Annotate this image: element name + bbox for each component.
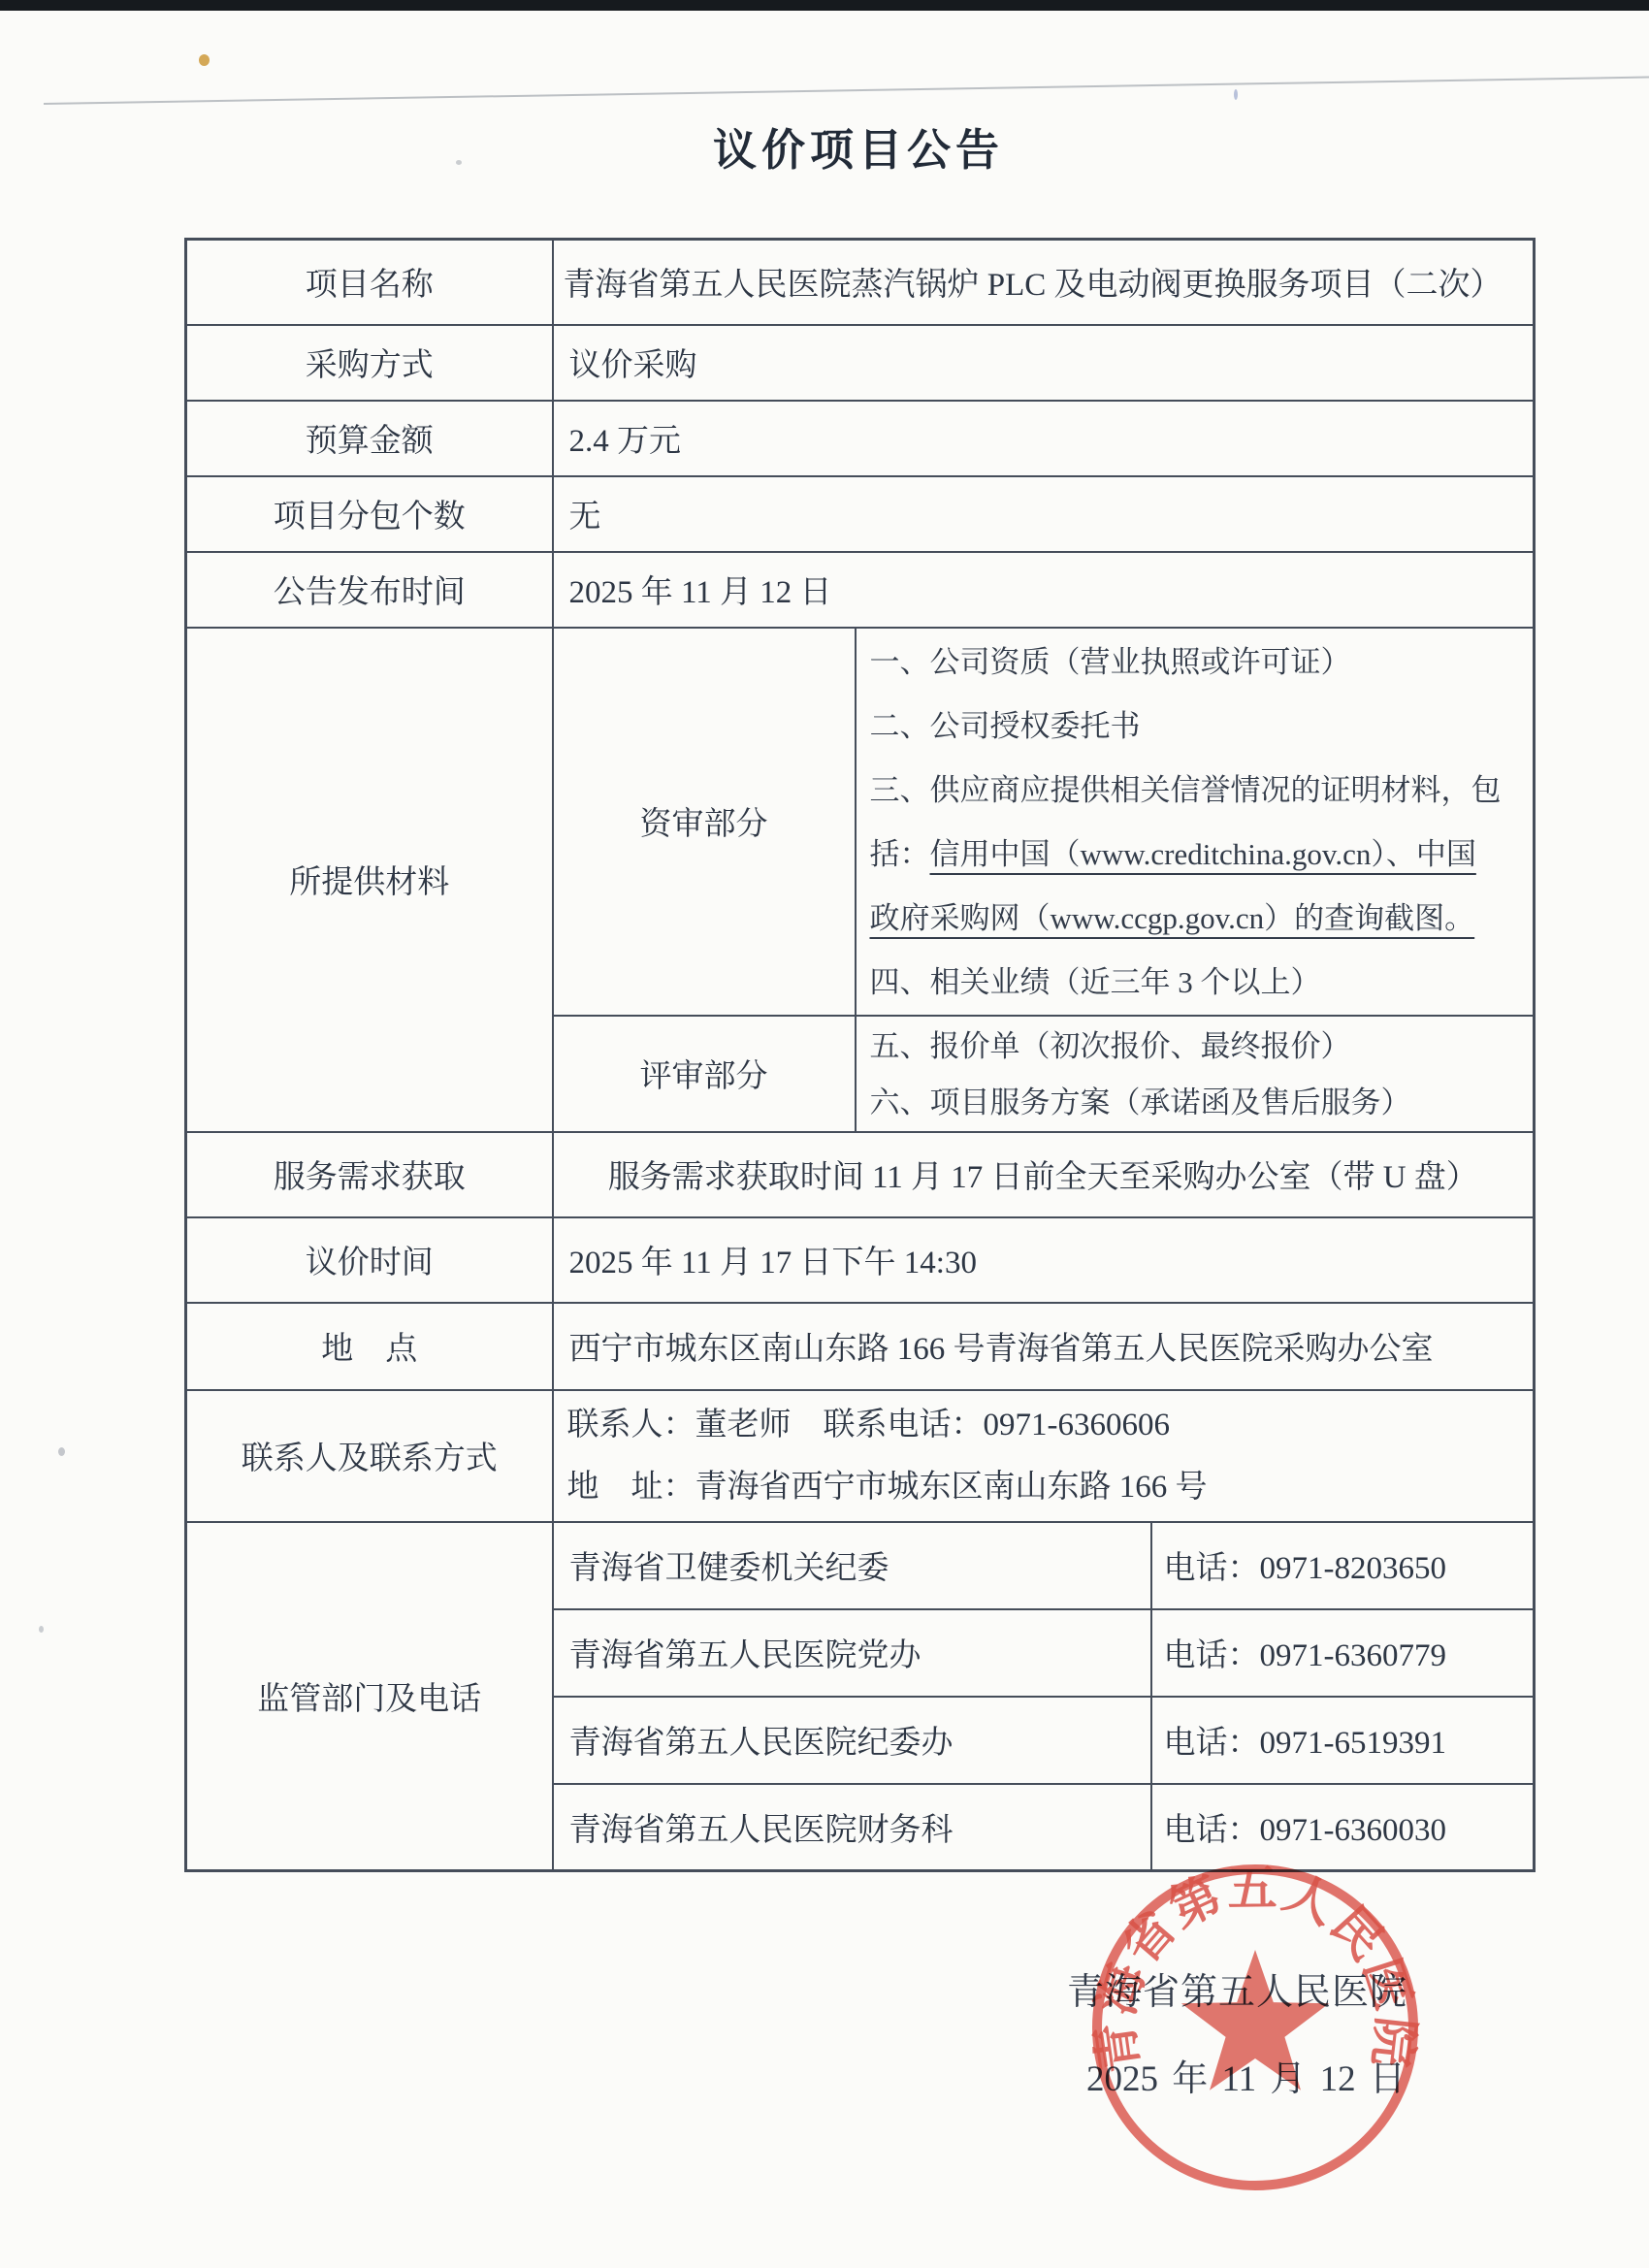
credit-china-link-text: 信用中国（www.creditchina.gov.cn）、中国 [930, 837, 1476, 871]
contact-address-line: 地 址：青海省西宁市城东区南山东路 166 号 [567, 1456, 1533, 1518]
supervision-phone: 电话：0971-6360779 [1151, 1609, 1535, 1697]
table-row: 项目分包个数 无 [186, 476, 1535, 552]
supervision-dept: 青海省第五人民医院财务科 [553, 1784, 1151, 1871]
location-value: 西宁市城东区南山东路 166 号青海省第五人民医院采购办公室 [553, 1303, 1535, 1390]
table-row: 议价时间 2025 年 11 月 17 日下午 14:30 [186, 1217, 1535, 1303]
review-item: 五、报价单（初次报价、最终报价） [870, 1019, 1534, 1075]
supervision-dept: 青海省卫健委机关纪委 [553, 1522, 1151, 1609]
ccgp-link-text: 政府采购网（www.ccgp.gov.cn）的查询截图。 [870, 901, 1475, 935]
supervision-phone: 电话：0971-8203650 [1151, 1522, 1535, 1609]
project-name-value: 青海省第五人民医院蒸汽锅炉 PLC 及电动阀更换服务项目（二次） [553, 240, 1535, 325]
stamp-star-icon [1181, 1950, 1329, 2090]
budget-label: 预算金额 [186, 401, 553, 476]
table-row: 项目名称 青海省第五人民医院蒸汽锅炉 PLC 及电动阀更换服务项目（二次） [186, 240, 1535, 325]
page-title: 议价项目公告 [184, 114, 1533, 178]
official-seal-stamp: 青海省第五人民医院 [1081, 1853, 1430, 2202]
supervision-dept: 青海省第五人民医院党办 [553, 1609, 1151, 1697]
negotiation-time-value: 2025 年 11 月 17 日下午 14:30 [553, 1217, 1535, 1303]
materials-label: 所提供材料 [186, 628, 553, 1132]
qualification-item: 括：信用中国（www.creditchina.gov.cn）、中国 [870, 823, 1534, 887]
publish-time-value: 2025 年 11 月 12 日 [553, 552, 1535, 628]
qualification-item: 三、供应商应提供相关信誉情况的证明材料，包 [870, 759, 1534, 823]
contact-label: 联系人及联系方式 [186, 1390, 553, 1522]
scan-artifact-line [44, 76, 1649, 105]
table-row: 联系人及联系方式 联系人：董老师 联系电话：0971-6360606 地 址：青… [186, 1390, 1535, 1522]
publish-time-label: 公告发布时间 [186, 552, 553, 628]
contact-person-line: 联系人：董老师 联系电话：0971-6360606 [567, 1394, 1533, 1456]
contact-value: 联系人：董老师 联系电话：0971-6360606 地 址：青海省西宁市城东区南… [553, 1390, 1535, 1522]
scan-artifact [199, 54, 210, 66]
service-requirement-value: 服务需求获取时间 11 月 17 日前全天至采购办公室（带 U 盘） [553, 1132, 1535, 1217]
service-requirement-label: 服务需求获取 [186, 1132, 553, 1217]
qualification-section-label: 资审部分 [553, 628, 856, 1016]
review-items: 五、报价单（初次报价、最终报价） 六、项目服务方案（承诺函及售后服务） [856, 1016, 1535, 1132]
supervision-label: 监管部门及电话 [186, 1522, 553, 1871]
scanned-announcement-page: 议价项目公告 项目名称 青海省第五人民医院蒸汽锅炉 PLC 及电动阀更换服务项目… [0, 0, 1649, 2268]
location-label: 地 点 [186, 1303, 553, 1390]
qualification-item: 一、公司资质（营业执照或许可证） [870, 631, 1534, 695]
table-row: 预算金额 2.4 万元 [186, 401, 1535, 476]
table-row: 地 点 西宁市城东区南山东路 166 号青海省第五人民医院采购办公室 [186, 1303, 1535, 1390]
table-row: 监管部门及电话 青海省卫健委机关纪委 电话：0971-8203650 [186, 1522, 1535, 1609]
scan-artifact [1234, 89, 1238, 100]
project-name-label: 项目名称 [186, 240, 553, 325]
table-row: 服务需求获取 服务需求获取时间 11 月 17 日前全天至采购办公室（带 U 盘… [186, 1132, 1535, 1217]
procurement-method-label: 采购方式 [186, 325, 553, 401]
qualification-items: 一、公司资质（营业执照或许可证） 二、公司授权委托书 三、供应商应提供相关信誉情… [856, 628, 1535, 1016]
scan-artifact [58, 1447, 65, 1456]
supervision-dept: 青海省第五人民医院纪委办 [553, 1697, 1151, 1784]
scan-edge-strip [0, 0, 1649, 11]
scan-artifact [39, 1626, 44, 1633]
table-row: 所提供材料 资审部分 一、公司资质（营业执照或许可证） 二、公司授权委托书 三、… [186, 628, 1535, 1016]
qualification-item: 四、相关业绩（近三年 3 个以上） [870, 951, 1534, 1015]
table-row: 公告发布时间 2025 年 11 月 12 日 [186, 552, 1535, 628]
qualification-item: 政府采购网（www.ccgp.gov.cn）的查询截图。 [870, 887, 1534, 951]
procurement-method-value: 议价采购 [553, 325, 1535, 401]
review-section-label: 评审部分 [553, 1016, 856, 1132]
review-item: 六、项目服务方案（承诺函及售后服务） [870, 1075, 1534, 1131]
announcement-table: 项目名称 青海省第五人民医院蒸汽锅炉 PLC 及电动阀更换服务项目（二次） 采购… [184, 238, 1536, 1872]
subpackage-count-value: 无 [553, 476, 1535, 552]
negotiation-time-label: 议价时间 [186, 1217, 553, 1303]
qualification-item: 二、公司授权委托书 [870, 695, 1534, 759]
budget-value: 2.4 万元 [553, 401, 1535, 476]
table-row: 采购方式 议价采购 [186, 325, 1535, 401]
supervision-phone: 电话：0971-6519391 [1151, 1697, 1535, 1784]
subpackage-count-label: 项目分包个数 [186, 476, 553, 552]
